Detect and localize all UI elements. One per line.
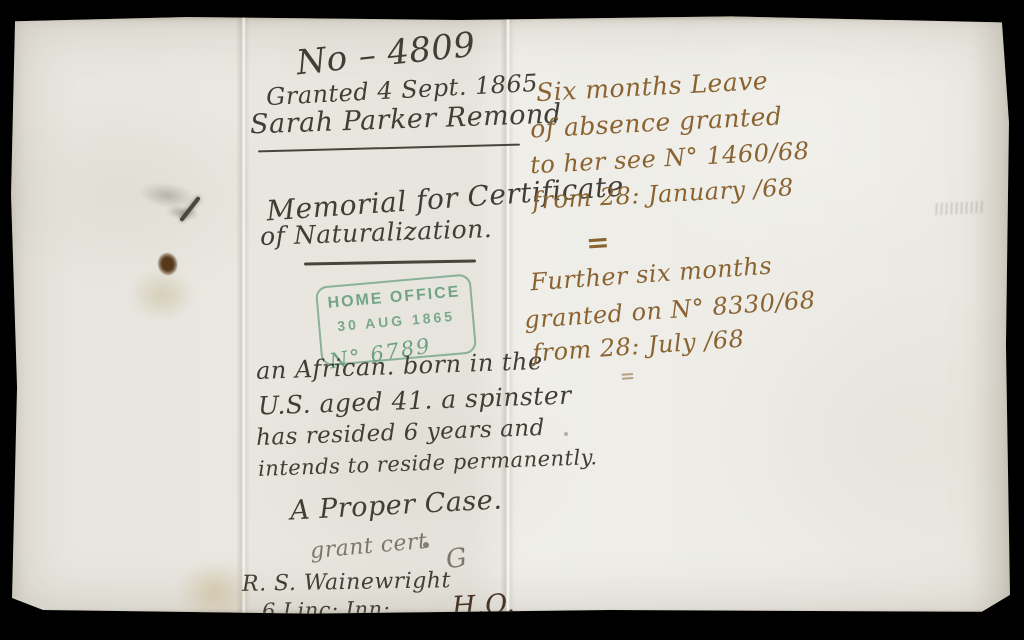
fold-crease-left [236,14,250,616]
leave-note-line: Further six months [529,252,773,297]
body-line: U.S. aged 41. a spinster [258,381,572,421]
faint-pencil-mark [933,201,986,216]
title-underline [304,259,476,265]
leave-note-line: Six months Leave [535,66,768,107]
document-paper: No – 4809 Granted 4 Sept. 1865 Sarah Par… [8,14,1012,616]
body-line: has resided 6 years and [256,415,546,451]
note-separator: = [585,225,610,259]
scanned-document-photo: No – 4809 Granted 4 Sept. 1865 Sarah Par… [0,0,1024,640]
home-office-mark: H.O. [451,588,516,622]
name-underline-flourish [258,144,520,152]
stain-halo [120,262,204,328]
proper-case-note: A Proper Case. [289,484,503,526]
body-line: intends to reside permanently. [258,445,598,481]
grant-cert-note: grant cert [309,529,428,564]
memorialist-agent-name: R. S. Wainewright [242,568,451,597]
note-separator-small: = [619,366,635,388]
leave-note-line: of absence granted [529,101,783,143]
ink-speck [564,432,568,436]
body-line: an African. born in the [256,347,544,385]
leave-note-line: to her see N° 1460/68 [529,137,810,180]
agent-address: 6 Linc: Inn: [262,597,391,623]
ink-smudge-stain [124,166,218,237]
